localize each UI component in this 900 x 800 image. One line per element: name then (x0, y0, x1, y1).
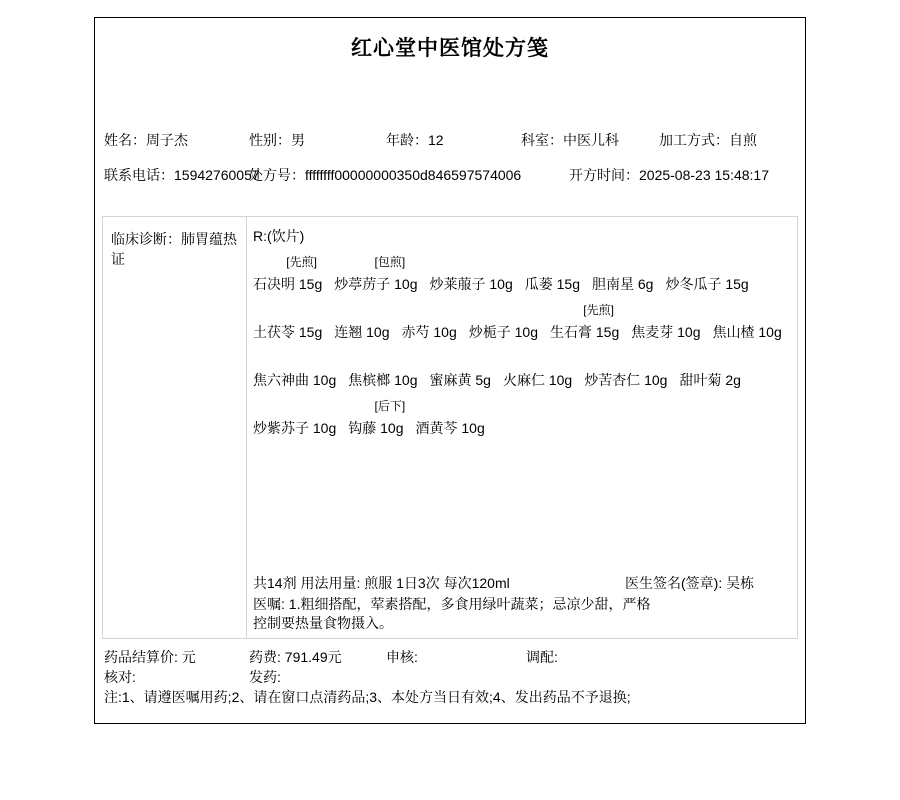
medicine-name-dose: 炒栀子 10g (469, 324, 538, 340)
medicine-group: 焦六神曲 10g焦槟榔 10g蜜麻黄 5g火麻仁 10g炒苦杏仁 10g甜叶菊 … (253, 369, 797, 391)
medicine-group: [先煎]石决明 15g[包煎]炒葶苈子 10g炒莱菔子 10g瓜蒌 15g胆南星… (253, 273, 797, 295)
medicine-name-dose: 焦槟榔 10g (348, 372, 417, 388)
fee: 药费: 791.49元 (249, 649, 342, 666)
medicine-name-dose: 炒紫苏子 10g (253, 420, 336, 436)
rx-content: R:(饮片) [先煎]石决明 15g[包煎]炒葶苈子 10g炒莱菔子 10g瓜蒌… (247, 217, 797, 638)
medicine-item: [包煎]炒葶苈子 10g (334, 273, 417, 295)
decoction-method-tag: [先煎] (286, 251, 317, 273)
prepare-label: 调配: (526, 649, 558, 666)
medicine-name-dose: 酒黄芩 10g (416, 420, 485, 436)
footer-notes: 注:1、请遵医嘱用药;2、请在窗口点清药品;3、本处方当日有效;4、发出药品不予… (104, 689, 631, 706)
medicine-item: 甜叶菊 2g (679, 369, 740, 391)
decoction-method-tag: [先煎] (583, 299, 614, 321)
medicine-name-dose: 生石膏 15g (550, 324, 619, 340)
medicine-name-dose: 炒冬瓜子 15g (665, 276, 748, 292)
medicine-group: 炒紫苏子 10g[后下]钩藤 10g酒黄芩 10g (253, 417, 797, 439)
medical-advice: 医嘱: 1.粗细搭配，荤素搭配，多食用绿叶蔬菜；忌凉少甜，严格控制要热量食物摄入… (253, 595, 655, 633)
medicine-name-dose: 炒苦杏仁 10g (584, 372, 667, 388)
medicine-item: 炒苦杏仁 10g (584, 369, 667, 391)
review-label: 申核: (386, 649, 418, 666)
decoction-method-tag: [包煎] (375, 251, 406, 273)
dispense-label: 发药: (249, 669, 281, 686)
patient-name: 姓名：周子杰 (104, 132, 188, 149)
medicine-name-dose: 焦六神曲 10g (253, 372, 336, 388)
medicine-item: 焦槟榔 10g (348, 369, 417, 391)
medicine-item: 蜜麻黄 5g (430, 369, 491, 391)
medicine-item: 焦六神曲 10g (253, 369, 336, 391)
medicine-name-dose: 火麻仁 10g (503, 372, 572, 388)
medicine-name-dose: 胆南星 6g (592, 276, 653, 292)
medicine-name-dose: 焦麦芽 10g (631, 324, 700, 340)
medicine-name-dose: 甜叶菊 2g (679, 372, 740, 388)
dosage-summary: 共14剂 用法用量: 煎服 1日3次 每次120ml (253, 575, 510, 591)
medicine-item: 赤芍 10g (402, 321, 457, 343)
medicine-group: 土茯苓 15g连翘 10g赤芍 10g炒栀子 10g[先煎]生石膏 15g焦麦芽… (253, 321, 797, 343)
medicine-name-dose: 焦山楂 10g (713, 324, 782, 340)
medicine-item: 焦麦芽 10g (631, 321, 700, 343)
medicine-item: 炒紫苏子 10g (253, 417, 336, 439)
patient-gender: 性别：男 (249, 132, 305, 149)
medicine-item: [后下]钩藤 10g (348, 417, 403, 439)
check-label: 核对: (104, 669, 136, 686)
prescription-page: 红心堂中医馆处方笺 姓名：周子杰 性别：男 年龄：12 科室：中医儿科 加工方式… (94, 17, 806, 724)
prescription-no: 处方号：ffffffff00000000350d846597574006 (249, 167, 521, 184)
medicine-name-dose: 蜜麻黄 5g (430, 372, 491, 388)
medicine-name-dose: 赤芍 10g (402, 324, 457, 340)
contact-phone: 联系电话：15942760057 (104, 167, 260, 184)
medicine-item: [先煎]石决明 15g (253, 273, 322, 295)
medicine-name-dose: 土茯苓 15g (253, 324, 322, 340)
issue-time: 开方时间：2025-08-23 15:48:17 (569, 167, 769, 184)
medicine-item: 炒栀子 10g (469, 321, 538, 343)
medicine-name-dose: 瓜蒌 15g (525, 276, 580, 292)
medicine-name-dose: 炒莱菔子 10g (430, 276, 513, 292)
medicine-item: 火麻仁 10g (503, 369, 572, 391)
medicine-item: 焦山楂 10g (713, 321, 782, 343)
medicine-name-dose: 连翘 10g (334, 324, 389, 340)
department: 科室：中医儿科 (521, 132, 619, 149)
medicine-name-dose: 石决明 15g (253, 276, 322, 292)
clinical-diagnosis: 临床诊断：肺胃蕴热证 (103, 217, 247, 638)
processing-method: 加工方式：自煎 (659, 132, 757, 149)
patient-age: 年龄：12 (386, 132, 444, 149)
settlement-price: 药品结算价: 元 (104, 649, 196, 666)
medicine-item: 炒莱菔子 10g (430, 273, 513, 295)
medicine-item: 土茯苓 15g (253, 321, 322, 343)
medicine-item: 炒冬瓜子 15g (665, 273, 748, 295)
doctor-signature: 医生签名(签章): 吴栋 (625, 575, 754, 592)
screenshot-canvas: 红心堂中医馆处方笺 姓名：周子杰 性别：男 年龄：12 科室：中医儿科 加工方式… (0, 0, 900, 800)
decoction-method-tag: [后下] (375, 395, 406, 417)
medicine-item: 酒黄芩 10g (416, 417, 485, 439)
medicine-groups: [先煎]石决明 15g[包煎]炒葶苈子 10g炒莱菔子 10g瓜蒌 15g胆南星… (253, 273, 797, 439)
prescription-box: 临床诊断：肺胃蕴热证 R:(饮片) [先煎]石决明 15g[包煎]炒葶苈子 10… (102, 216, 798, 639)
medicine-item: 瓜蒌 15g (525, 273, 580, 295)
medicine-item: 连翘 10g (334, 321, 389, 343)
medicine-item: [先煎]生石膏 15g (550, 321, 619, 343)
rx-header: R:(饮片) (253, 225, 797, 247)
medicine-item: 胆南星 6g (592, 273, 653, 295)
medicine-name-dose: 钩藤 10g (348, 420, 403, 436)
medicine-name-dose: 炒葶苈子 10g (334, 276, 417, 292)
page-title: 红心堂中医馆处方笺 (95, 32, 805, 62)
dosage-row: 共14剂 用法用量: 煎服 1日3次 每次120ml 医生签名(签章): 吴栋 (253, 575, 798, 592)
